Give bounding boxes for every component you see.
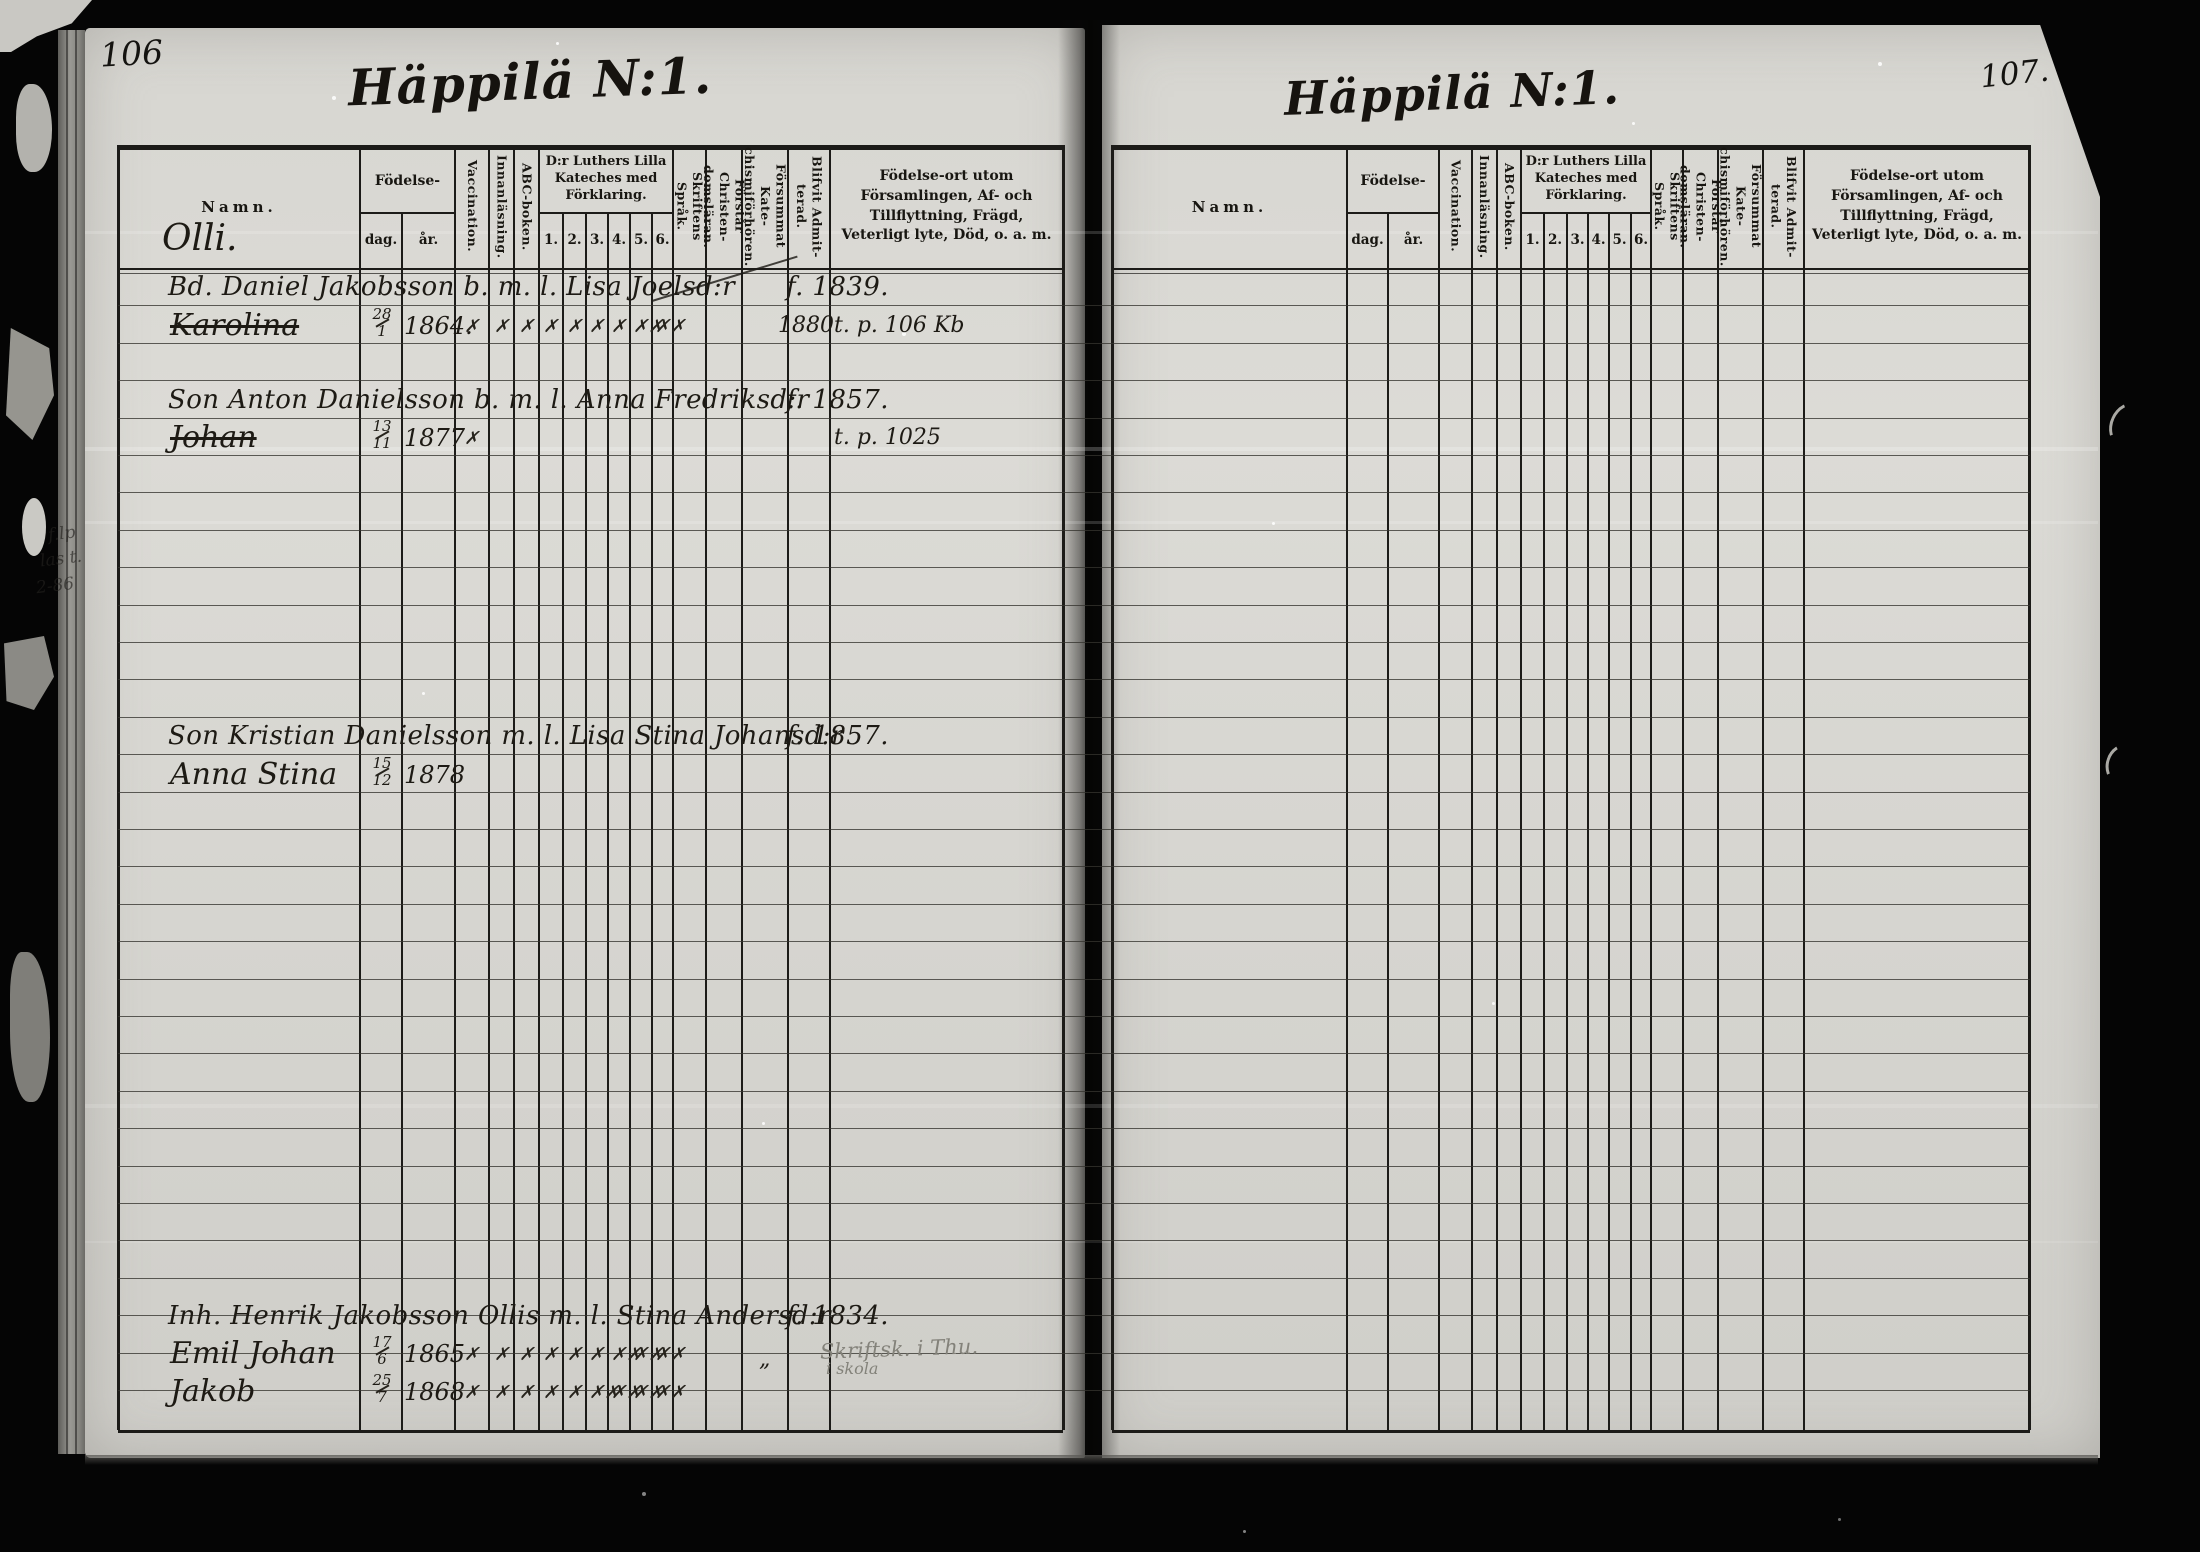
entry-mark: ✗✗ — [655, 1382, 685, 1403]
entry-mark: ✗ — [494, 1382, 509, 1403]
table-hline — [118, 754, 2030, 755]
entry-mark: ✗✗ — [655, 1344, 685, 1365]
film-speck — [556, 42, 559, 45]
col-header-innanlasning: Innanläsning. — [489, 147, 514, 266]
col-header-text: Innanläsning. — [1476, 155, 1492, 259]
entry-mark: ✗ — [611, 316, 626, 337]
table-hline — [118, 904, 2030, 905]
col-header-kateches_subs-2: 3. — [586, 212, 608, 268]
table-hline — [118, 1091, 2030, 1092]
entry-mark: ✗ — [464, 1344, 479, 1365]
table-vline — [1438, 145, 1440, 1430]
col-header-text: Försummat Kate-chismiförhören. — [742, 147, 789, 267]
film-streak — [85, 521, 2098, 524]
col-header-forsummat: Försummat Kate-chismiförhören. — [1718, 147, 1763, 266]
entry-mark: ✗ — [464, 428, 479, 449]
entry-birth-year: 1877 — [404, 424, 465, 452]
film-speck — [762, 1122, 765, 1125]
entry-birth-year: 1864. — [404, 312, 473, 340]
table-hline — [118, 829, 2030, 830]
film-speck — [1632, 122, 1635, 125]
table-hline — [118, 343, 2030, 344]
col-header-text: Vaccination. — [464, 160, 480, 252]
entry-mark: ✗ — [589, 316, 604, 337]
film-speck — [422, 692, 425, 695]
table-vline — [1650, 145, 1652, 1430]
table-hline — [1112, 273, 2030, 274]
table-vline — [488, 145, 490, 1430]
table-vline — [1608, 212, 1610, 1430]
entry-note: t. p. 1025 — [834, 425, 941, 450]
col-header-kateches: D:r Luthers Lilla Kateches med Förklarin… — [539, 147, 673, 212]
col-header-fodelse: Födelse- — [360, 150, 455, 212]
table-vline — [513, 145, 515, 1430]
entry-mark: ✗ — [494, 1344, 509, 1365]
entry-birth-note: f. 1857. — [786, 721, 889, 751]
entry-admitted-year: 1880 — [778, 313, 834, 338]
col-header-text: Födelse-ort utom Församlingen, Af- och T… — [834, 167, 1060, 247]
col-header-text: Födelse-ort utom Församlingen, Af- och T… — [1804, 167, 2030, 247]
table-hline — [118, 1053, 2030, 1054]
table-vline — [1346, 145, 1348, 1430]
entry-mark: ✗ — [464, 1382, 479, 1403]
col-header-blifvit: Blifvit Admit-terad. — [788, 147, 830, 266]
film-debris — [4, 636, 54, 710]
table-vline — [1803, 145, 1805, 1430]
table-hline — [118, 979, 2030, 980]
entry-mark: ✗ — [519, 1382, 534, 1403]
entry-mark: ✗ — [543, 316, 558, 337]
entry-mark: ✗ — [567, 1344, 582, 1365]
entry-birth-note: f. 1834. — [786, 1301, 889, 1331]
col-header-kateches_subs-0: 1. — [539, 212, 563, 268]
col-header-namn: Namn. — [118, 145, 360, 268]
table-vline — [1062, 145, 1065, 1430]
table-hline — [118, 1240, 2030, 1241]
right-page-number: 107. — [1978, 52, 2050, 95]
entry-birth-day-month: 1311 — [364, 419, 400, 451]
table-vline — [741, 145, 743, 1430]
table-hline — [118, 567, 2030, 568]
film-speck — [1272, 522, 1275, 525]
table-vline — [1630, 212, 1632, 1430]
entry-birth-note: f. 1857. — [786, 385, 889, 415]
table-hline — [118, 1430, 1063, 1433]
col-header-notes: Födelse-ort utom Församlingen, Af- och T… — [1804, 145, 2030, 268]
table-vline — [1762, 145, 1764, 1430]
col-header-kateches_subs-0: 1. — [1521, 212, 1544, 268]
entry-family-text: Inh. Henrik Jakobsson Ollis m. l. Stina … — [168, 1301, 831, 1331]
table-hline — [118, 679, 2030, 680]
table-hline — [118, 1128, 2030, 1129]
col-header-innanlasning: Innanläsning. — [1472, 147, 1496, 266]
entry-birth-day-month: 1512 — [364, 756, 400, 788]
col-header-text: Innanläsning. — [494, 155, 510, 259]
table-hline — [118, 1166, 2030, 1167]
col-header-text: Blifvit Admit-terad. — [1768, 147, 1799, 266]
col-header-kateches: D:r Luthers Lilla Kateches med Förklarin… — [1521, 147, 1651, 212]
table-hline — [118, 530, 2030, 531]
col-header-text: Vaccination. — [1448, 160, 1464, 252]
table-vline — [1717, 145, 1719, 1430]
entry-mark: ✗ — [567, 316, 582, 337]
col-header-vaccination: Vaccination. — [1439, 147, 1472, 266]
entry-mark: ✗✗ — [655, 316, 685, 337]
entry-note: t. p. 106 Kb — [834, 313, 964, 338]
table-vline — [1471, 145, 1473, 1430]
entry-birth-year: 1868 — [404, 1378, 465, 1406]
col-header-kateches_subs-4: 5. — [1609, 212, 1630, 268]
table-hline — [1112, 1430, 2030, 1433]
col-header-vaccination: Vaccination. — [455, 147, 489, 266]
film-speck — [1492, 1002, 1495, 1005]
film-streak — [85, 1241, 2098, 1243]
col-header-blifvit: Blifvit Admit-terad. — [1763, 147, 1804, 266]
col-header-dag: dag. — [360, 212, 402, 268]
col-header-text: D:r Luthers Lilla Kateches med Förklarin… — [543, 154, 669, 205]
film-debris — [10, 952, 50, 1102]
col-header-text: D:r Luthers Lilla Kateches med Förklarin… — [1523, 154, 1649, 205]
col-header-kateches_subs-1: 2. — [563, 212, 586, 268]
film-speck — [1838, 1518, 1841, 1521]
entry-mark: ✗ — [543, 1382, 558, 1403]
table-vline — [1520, 145, 1522, 1430]
entry-person-name: Emil Johan — [170, 1336, 336, 1371]
table-hline — [118, 717, 2030, 718]
entry-birth-day-month: 281 — [364, 307, 400, 339]
col-header-notes: Födelse-ort utom Församlingen, Af- och T… — [830, 145, 1063, 268]
table-hline — [118, 1278, 2030, 1279]
col-header-kateches_subs-2: 3. — [1567, 212, 1588, 268]
table-vline — [1587, 212, 1589, 1430]
table-vline — [1543, 212, 1545, 1430]
table-vline — [538, 145, 540, 1430]
col-header-ar: år. — [402, 212, 455, 268]
entry-mark: ✗ — [464, 316, 479, 337]
film-debris — [22, 498, 46, 556]
table-hline — [118, 642, 2030, 643]
table-vline — [705, 145, 707, 1430]
film-scratch — [2102, 397, 2154, 454]
col-header-kateches_subs-4: 5. — [630, 212, 652, 268]
col-header-ar: år. — [1388, 212, 1439, 268]
film-speck — [642, 1492, 646, 1496]
entry-birth-year: 1878 — [404, 761, 465, 789]
col-header-text: Blifvit Admit-terad. — [793, 147, 824, 266]
page-edge-gutter — [58, 30, 85, 1454]
entry-family-text: Son Kristian Danielsson m. l. Lisa Stina… — [168, 721, 844, 751]
entry-ditto-mark: „ — [759, 1347, 770, 1372]
entry-person-name: Karolina — [170, 308, 299, 343]
col-header-text: ABC-boken. — [1501, 163, 1517, 251]
table-hline — [118, 418, 2030, 419]
entry-mark: ✗ — [567, 1382, 582, 1403]
page-edge-line — [75, 30, 77, 1454]
table-vline — [359, 145, 361, 1430]
entry-birth-year: 1865 — [404, 1340, 465, 1368]
film-scratch — [2101, 740, 2144, 788]
entry-mark: ✗ — [494, 316, 509, 337]
col-header-namn: Namn. — [1112, 145, 1347, 268]
table-hline — [118, 305, 2030, 306]
entry-pencil-note: i skola — [826, 1359, 878, 1378]
table-hline — [118, 455, 2030, 456]
microfilm-frame: 106 107. Häppilä N:1. Häppilä N:1. Olli.… — [0, 0, 2200, 1552]
col-header-kateches_subs-5: 6. — [652, 212, 673, 268]
col-header-text: ABC-boken. — [519, 163, 535, 251]
film-speck — [1243, 1530, 1246, 1533]
entry-birth-note: f. 1839. — [786, 272, 889, 302]
table-hline — [118, 866, 2030, 867]
entry-mark: ✗ — [543, 1344, 558, 1365]
margin-scribble: f.lp — [47, 522, 77, 545]
col-header-forstar: Förstår Christen-domsläran. — [1683, 147, 1718, 266]
entry-mark: ✗ — [519, 316, 534, 337]
col-header-kateches_subs-1: 2. — [1544, 212, 1566, 268]
table-hline — [118, 380, 2030, 381]
table-hline — [118, 792, 2030, 793]
table-vline — [672, 145, 674, 1430]
table-hline — [118, 1016, 2030, 1017]
film-speck — [1878, 62, 1882, 66]
page-bottom-shadow — [85, 1455, 2098, 1465]
entry-person-name: Johan — [170, 420, 257, 455]
table-vline — [1566, 212, 1568, 1430]
table-hline — [118, 268, 1063, 270]
table-hline — [118, 492, 2030, 493]
col-header-abc: ABC-boken. — [514, 147, 539, 266]
col-header-text: Försummat Kate-chismiförhören. — [1717, 147, 1764, 267]
entry-family-text: Bd. Daniel Jakobsson b. m. l. Lisa Joels… — [168, 272, 735, 302]
left-page-number: 106 — [99, 32, 164, 74]
film-streak — [85, 1104, 2098, 1108]
table-hline — [118, 941, 2030, 942]
col-header-text: Förstår Christen-domsläran. — [701, 147, 748, 266]
col-header-dag: dag. — [1347, 212, 1388, 268]
table-hline — [118, 1203, 2030, 1204]
table-vline — [1496, 145, 1498, 1430]
entry-mark: ✗ — [589, 1344, 604, 1365]
table-vline — [1682, 145, 1684, 1430]
film-debris — [6, 328, 54, 440]
col-header-forstar: Förstår Christen-domsläran. — [706, 147, 742, 266]
entry-person-name: Jakob — [170, 1374, 255, 1409]
col-header-kateches_subs-3: 4. — [1588, 212, 1609, 268]
page-edge-line — [66, 30, 68, 1454]
table-vline — [1111, 145, 1114, 1430]
table-hline — [118, 605, 2030, 606]
table-vline — [1387, 212, 1389, 1430]
table-hline — [1112, 268, 2030, 270]
col-header-kateches_subs-5: 6. — [1631, 212, 1651, 268]
col-header-fodelse: Födelse- — [1347, 150, 1439, 212]
table-vline — [2028, 145, 2031, 1430]
entry-person-name: Anna Stina — [170, 757, 337, 792]
col-header-forsummat: Försummat Kate-chismiförhören. — [742, 147, 788, 266]
film-debris — [16, 84, 52, 172]
entry-mark: ✗ — [519, 1344, 534, 1365]
entry-birth-day-month: 257 — [364, 1373, 400, 1405]
entry-birth-day-month: 176 — [364, 1335, 400, 1367]
entry-family-text: Son Anton Danielsson b. m. l. Anna Fredr… — [168, 385, 809, 415]
table-vline — [117, 145, 120, 1430]
col-header-abc: ABC-boken. — [1497, 147, 1521, 266]
col-header-kateches_subs-3: 4. — [608, 212, 630, 268]
